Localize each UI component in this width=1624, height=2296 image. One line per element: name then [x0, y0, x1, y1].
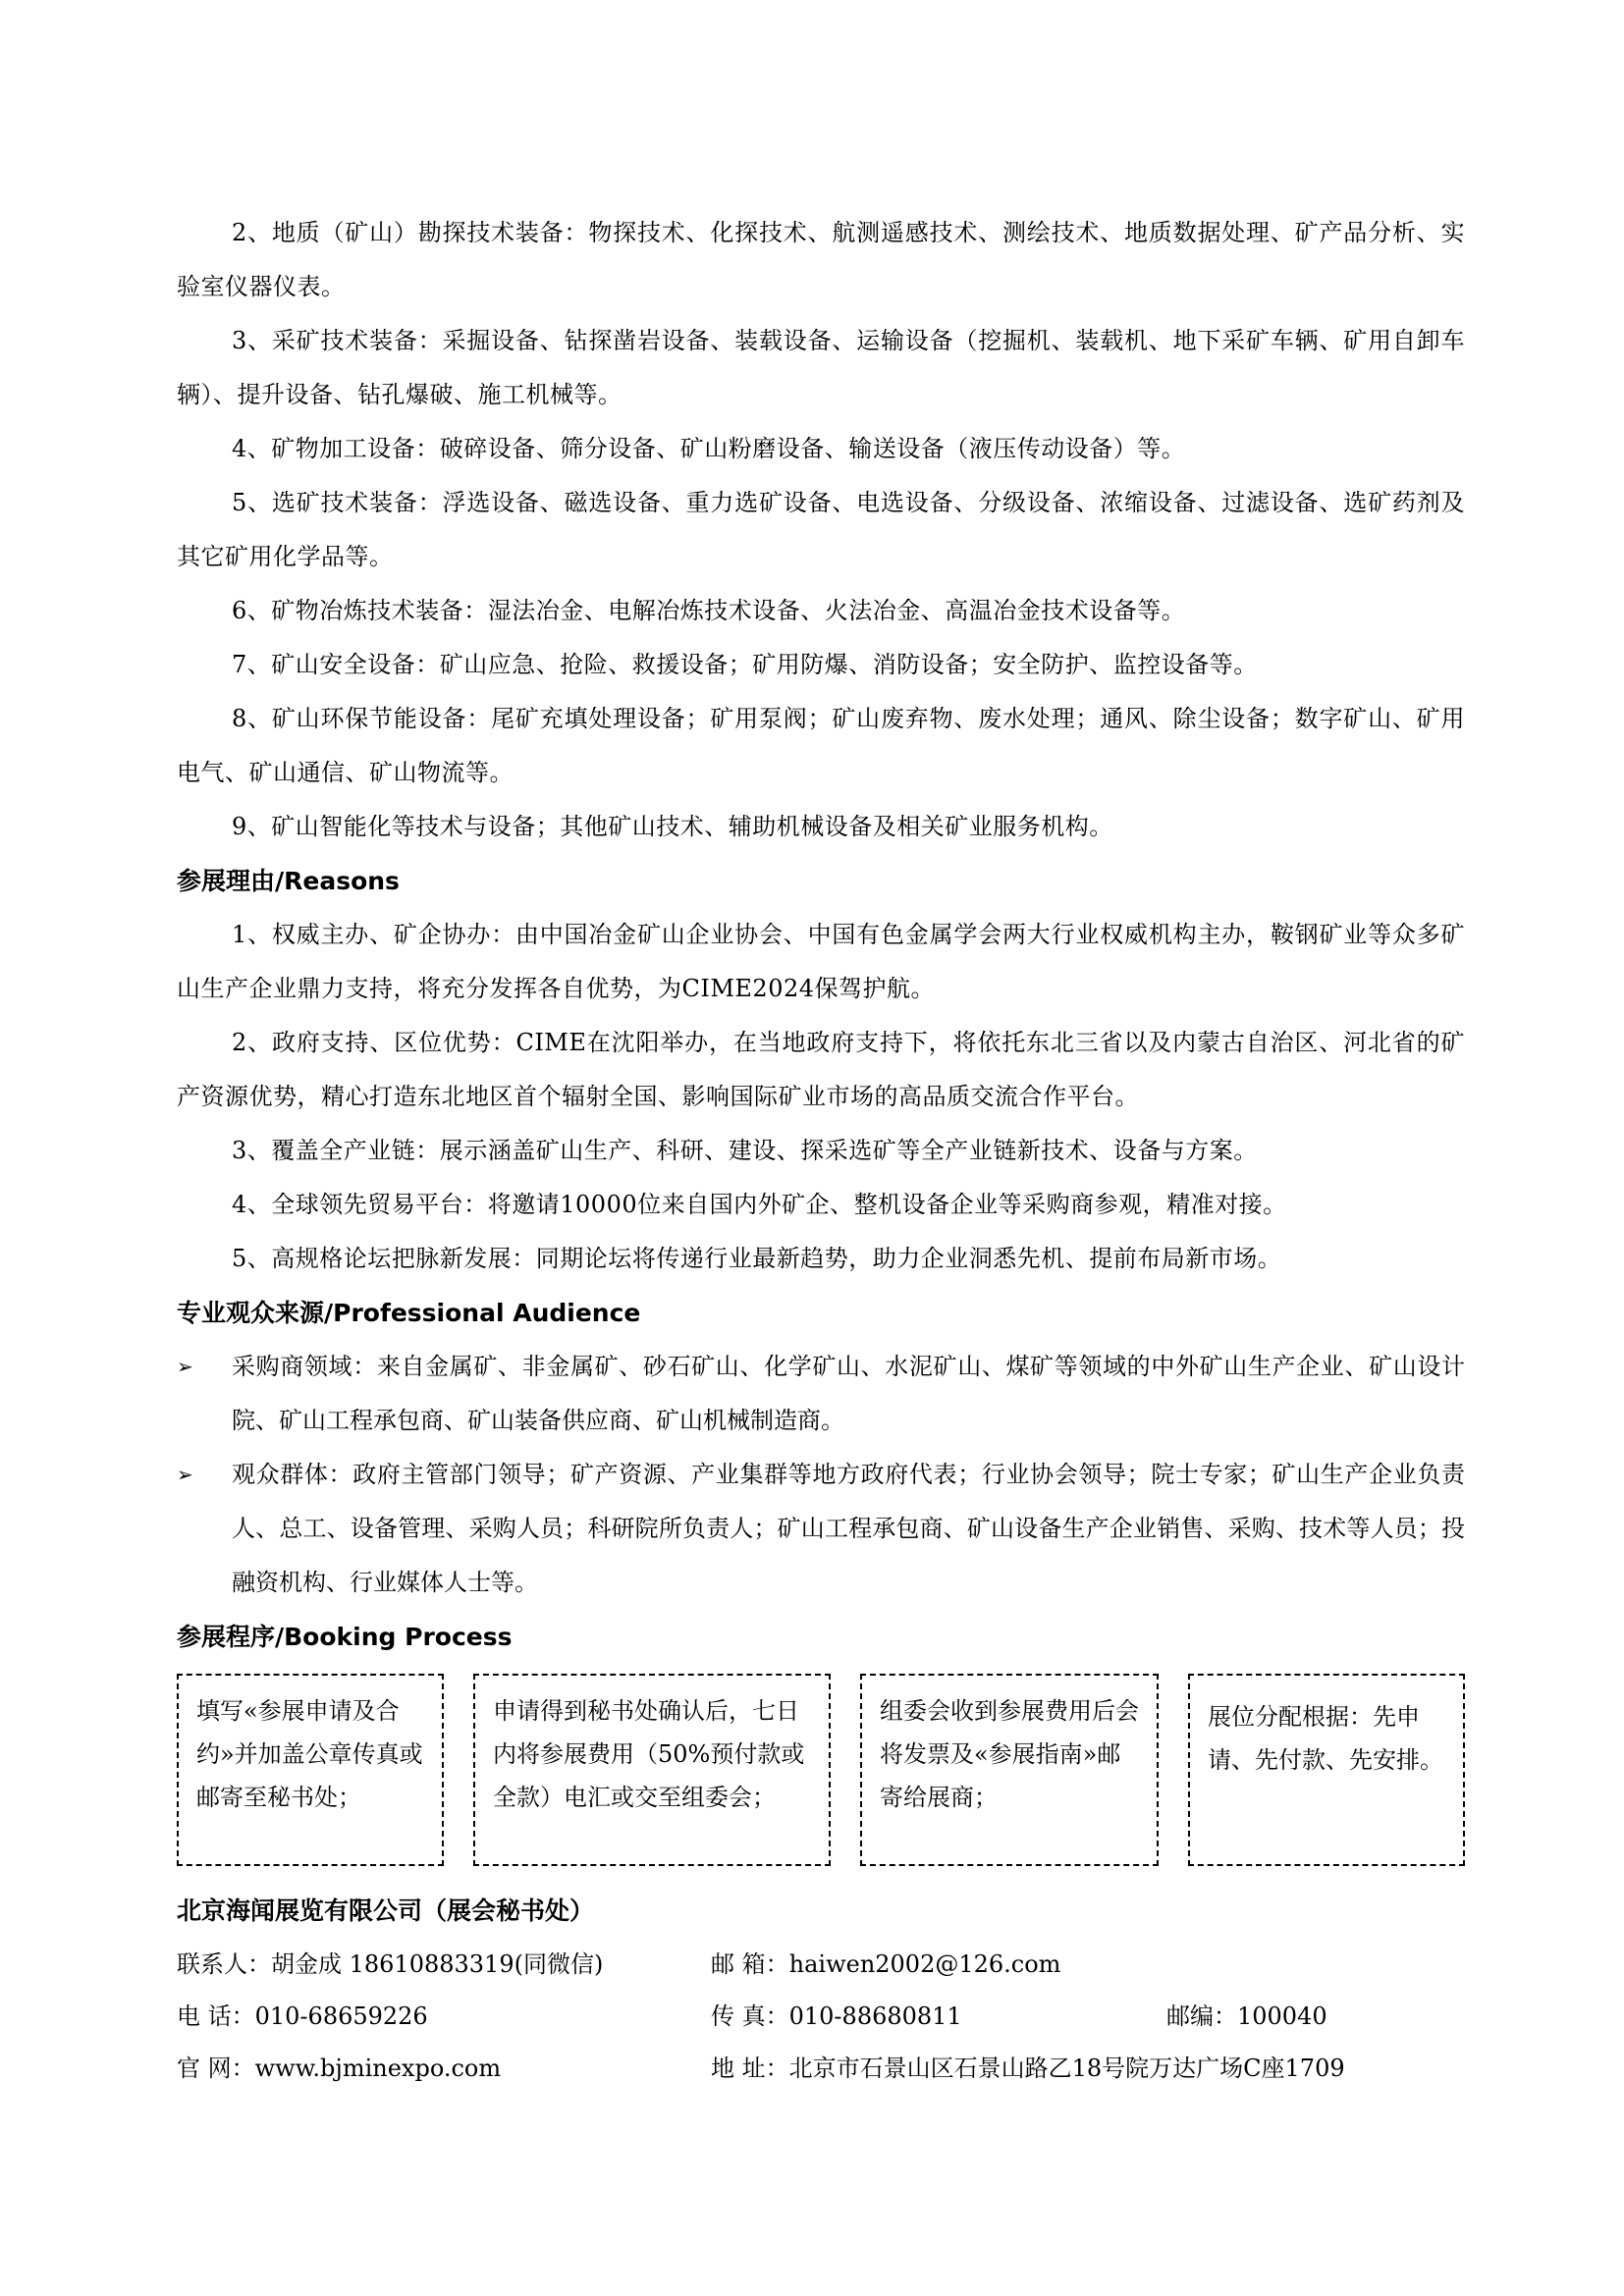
- category-item: 8、矿山环保节能设备：尾矿充填处理设备；矿用泵阀；矿山废弃物、废水处理；通风、除…: [177, 692, 1465, 800]
- audience-list: ➢ 采购商领域：来自金属矿、非金属矿、砂石矿山、化学矿山、水泥矿山、煤矿等领域的…: [177, 1340, 1465, 1610]
- reason-item: 5、高规格论坛把脉新发展：同期论坛将传递行业最新趋势，助力企业洞悉先机、提前布局…: [177, 1232, 1465, 1286]
- category-item: 2、地质（矿山）勘探技术装备：物探技术、化探技术、航测遥感技术、测绘技术、地质数…: [177, 206, 1465, 314]
- contact-website[interactable]: 官 网：www.bjminexpo.com: [177, 2043, 501, 2095]
- reason-item: 3、覆盖全产业链：展示涵盖矿山生产、科研、建设、探采选矿等全产业链新技术、设备与…: [177, 1124, 1465, 1178]
- contact-fax: 传 真：010-88680811: [711, 1991, 962, 2043]
- booking-step-box: 填写«参展申请及合约»并加盖公章传真或邮寄至秘书处；: [177, 1674, 444, 1866]
- booking-steps: 填写«参展申请及合约»并加盖公章传真或邮寄至秘书处； 申请得到秘书处确认后，七日…: [177, 1674, 1465, 1866]
- audience-text: 观众群体：政府主管部门领导；矿产资源、产业集群等地方政府代表；行业协会领导；院士…: [232, 1448, 1465, 1610]
- audience-item: ➢ 观众群体：政府主管部门领导；矿产资源、产业集群等地方政府代表；行业协会领导；…: [177, 1448, 1465, 1610]
- category-item: 7、矿山安全设备：矿山应急、抢险、救援设备；矿用防爆、消防设备；安全防护、监控设…: [177, 638, 1465, 692]
- contact-postcode: 邮编：100040: [1166, 1991, 1327, 2043]
- reasons-heading: 参展理由/Reasons: [177, 854, 1465, 908]
- category-item: 3、采矿技术装备：采掘设备、钻探凿岩设备、装载设备、运输设备（挖掘机、装载机、地…: [177, 314, 1465, 422]
- contact-person: 联系人：胡金成 18610883319(同微信): [177, 1939, 603, 1991]
- booking-step-box: 展位分配根据：先申请、先付款、先安排。: [1188, 1674, 1465, 1866]
- reason-item: 4、全球领先贸易平台：将邀请10000位来自国内外矿企、整机设备企业等采购商参观…: [177, 1178, 1465, 1232]
- reasons-list: 1、权威主办、矿企协办：由中国冶金矿山企业协会、中国有色金属学会两大行业权威机构…: [177, 908, 1465, 1286]
- booking-step-box: 组委会收到参展费用后会将发票及«参展指南»邮寄给展商；: [860, 1674, 1159, 1866]
- category-item: 5、选矿技术装备：浮选设备、磁选设备、重力选矿设备、电选设备、分级设备、浓缩设备…: [177, 476, 1465, 584]
- reason-item: 1、权威主办、矿企协办：由中国冶金矿山企业协会、中国有色金属学会两大行业权威机构…: [177, 908, 1465, 1016]
- contact-phone: 电 话：010-68659226: [177, 1991, 428, 2043]
- contact-address: 地 址：北京市石景山区石景山路乙18号院万达广场C座1709: [711, 2043, 1345, 2095]
- contact-row: 电 话：010-68659226 传 真：010-88680811 邮编：100…: [177, 1991, 1465, 2043]
- audience-item: ➢ 采购商领域：来自金属矿、非金属矿、砂石矿山、化学矿山、水泥矿山、煤矿等领域的…: [177, 1340, 1465, 1448]
- exhibit-categories: 2、地质（矿山）勘探技术装备：物探技术、化探技术、航测遥感技术、测绘技术、地质数…: [177, 206, 1465, 854]
- contact-email[interactable]: 邮 箱：haiwen2002@126.com: [711, 1939, 1060, 1991]
- document-page: 2、地质（矿山）勘探技术装备：物探技术、化探技术、航测遥感技术、测绘技术、地质数…: [177, 206, 1465, 2095]
- booking-step-box: 申请得到秘书处确认后，七日内将参展费用（50%预付款或全款）电汇或交至组委会；: [473, 1674, 831, 1866]
- contact-row: 联系人：胡金成 18610883319(同微信) 邮 箱：haiwen2002@…: [177, 1939, 1465, 1991]
- contact-row: 官 网：www.bjminexpo.com 地 址：北京市石景山区石景山路乙18…: [177, 2043, 1465, 2095]
- audience-text: 采购商领域：来自金属矿、非金属矿、砂石矿山、化学矿山、水泥矿山、煤矿等领域的中外…: [232, 1340, 1465, 1448]
- category-item: 9、矿山智能化等技术与设备；其他矿山技术、辅助机械设备及相关矿业服务机构。: [177, 800, 1465, 854]
- category-item: 6、矿物冶炼技术装备：湿法冶金、电解冶炼技术设备、火法冶金、高温冶金技术设备等。: [177, 584, 1465, 638]
- category-item: 4、矿物加工设备：破碎设备、筛分设备、矿山粉磨设备、输送设备（液压传动设备）等。: [177, 422, 1465, 476]
- booking-heading: 参展程序/Booking Process: [177, 1610, 1465, 1664]
- arrow-bullet-icon: ➢: [177, 1448, 232, 1610]
- reason-item: 2、政府支持、区位优势：CIME在沈阳举办，在当地政府支持下，将依托东北三省以及…: [177, 1016, 1465, 1124]
- arrow-bullet-icon: ➢: [177, 1340, 232, 1448]
- audience-heading: 专业观众来源/Professional Audience: [177, 1286, 1465, 1340]
- company-name: 北京海闻展览有限公司（展会秘书处）: [177, 1884, 1465, 1939]
